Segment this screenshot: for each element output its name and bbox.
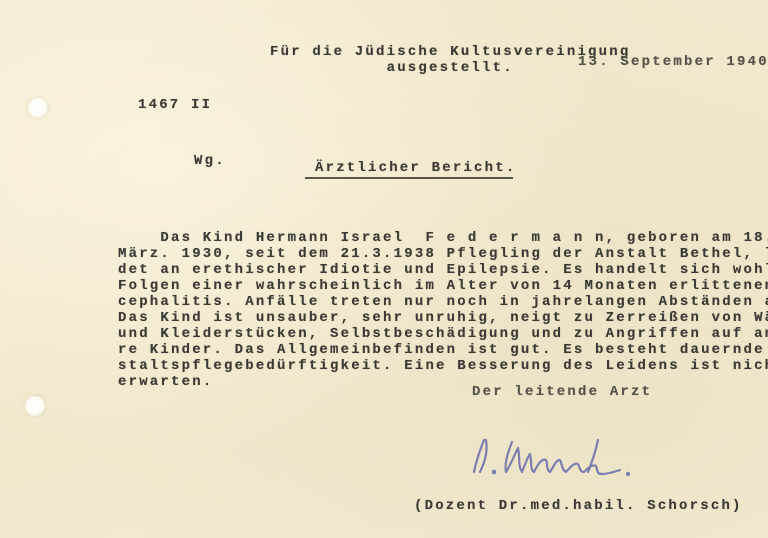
report-body-line: erwarten. (118, 374, 768, 390)
report-body-line: Das Kind ist unsauber, sehr unruhig, nei… (118, 310, 768, 326)
wg-label: Wg. (194, 153, 226, 169)
issuer-line-2: ausgestellt. (387, 60, 514, 76)
report-body-line: Das Kind Hermann Israel F e d e r m a n … (118, 230, 768, 246)
signer-name: (Dozent Dr.med.habil. Schorsch) (414, 498, 743, 514)
reference-number: 1467 II (138, 97, 212, 113)
report-body: Das Kind Hermann Israel F e d e r m a n … (118, 230, 768, 390)
title-underline (305, 177, 513, 179)
document-page: Für die Jüdische Kultusvereinigung ausge… (0, 0, 768, 538)
report-body-line: Folgen einer wahrscheinlich im Alter von… (118, 278, 768, 294)
punch-hole-top (28, 98, 48, 118)
issuer-block: Für die Jüdische Kultusvereinigung ausge… (270, 44, 630, 76)
report-title: Ärztlicher Bericht. (315, 160, 516, 176)
report-body-line: und Kleiderstücken, Selbstbeschädigung u… (118, 326, 768, 342)
report-body-line: det an erethischer Idiotie und Epilepsie… (118, 262, 768, 278)
issuer-line-1: Für die Jüdische Kultusvereinigung (270, 44, 630, 60)
report-body-line: re Kinder. Das Allgemeinbefinden ist gut… (118, 342, 768, 358)
punch-hole-bottom (25, 396, 45, 416)
signature-title: Der leitende Arzt (472, 384, 652, 400)
handwritten-signature: i. Schorsch (470, 432, 640, 482)
report-body-line: cephalitis. Anfälle treten nur noch in j… (118, 294, 768, 310)
report-body-line: staltspflegebedürftigkeit. Eine Besserun… (118, 358, 768, 374)
report-body-line: März. 1930, seit dem 21.3.1938 Pflegling… (118, 246, 768, 262)
document-date: 13. September 1940 (578, 54, 768, 70)
